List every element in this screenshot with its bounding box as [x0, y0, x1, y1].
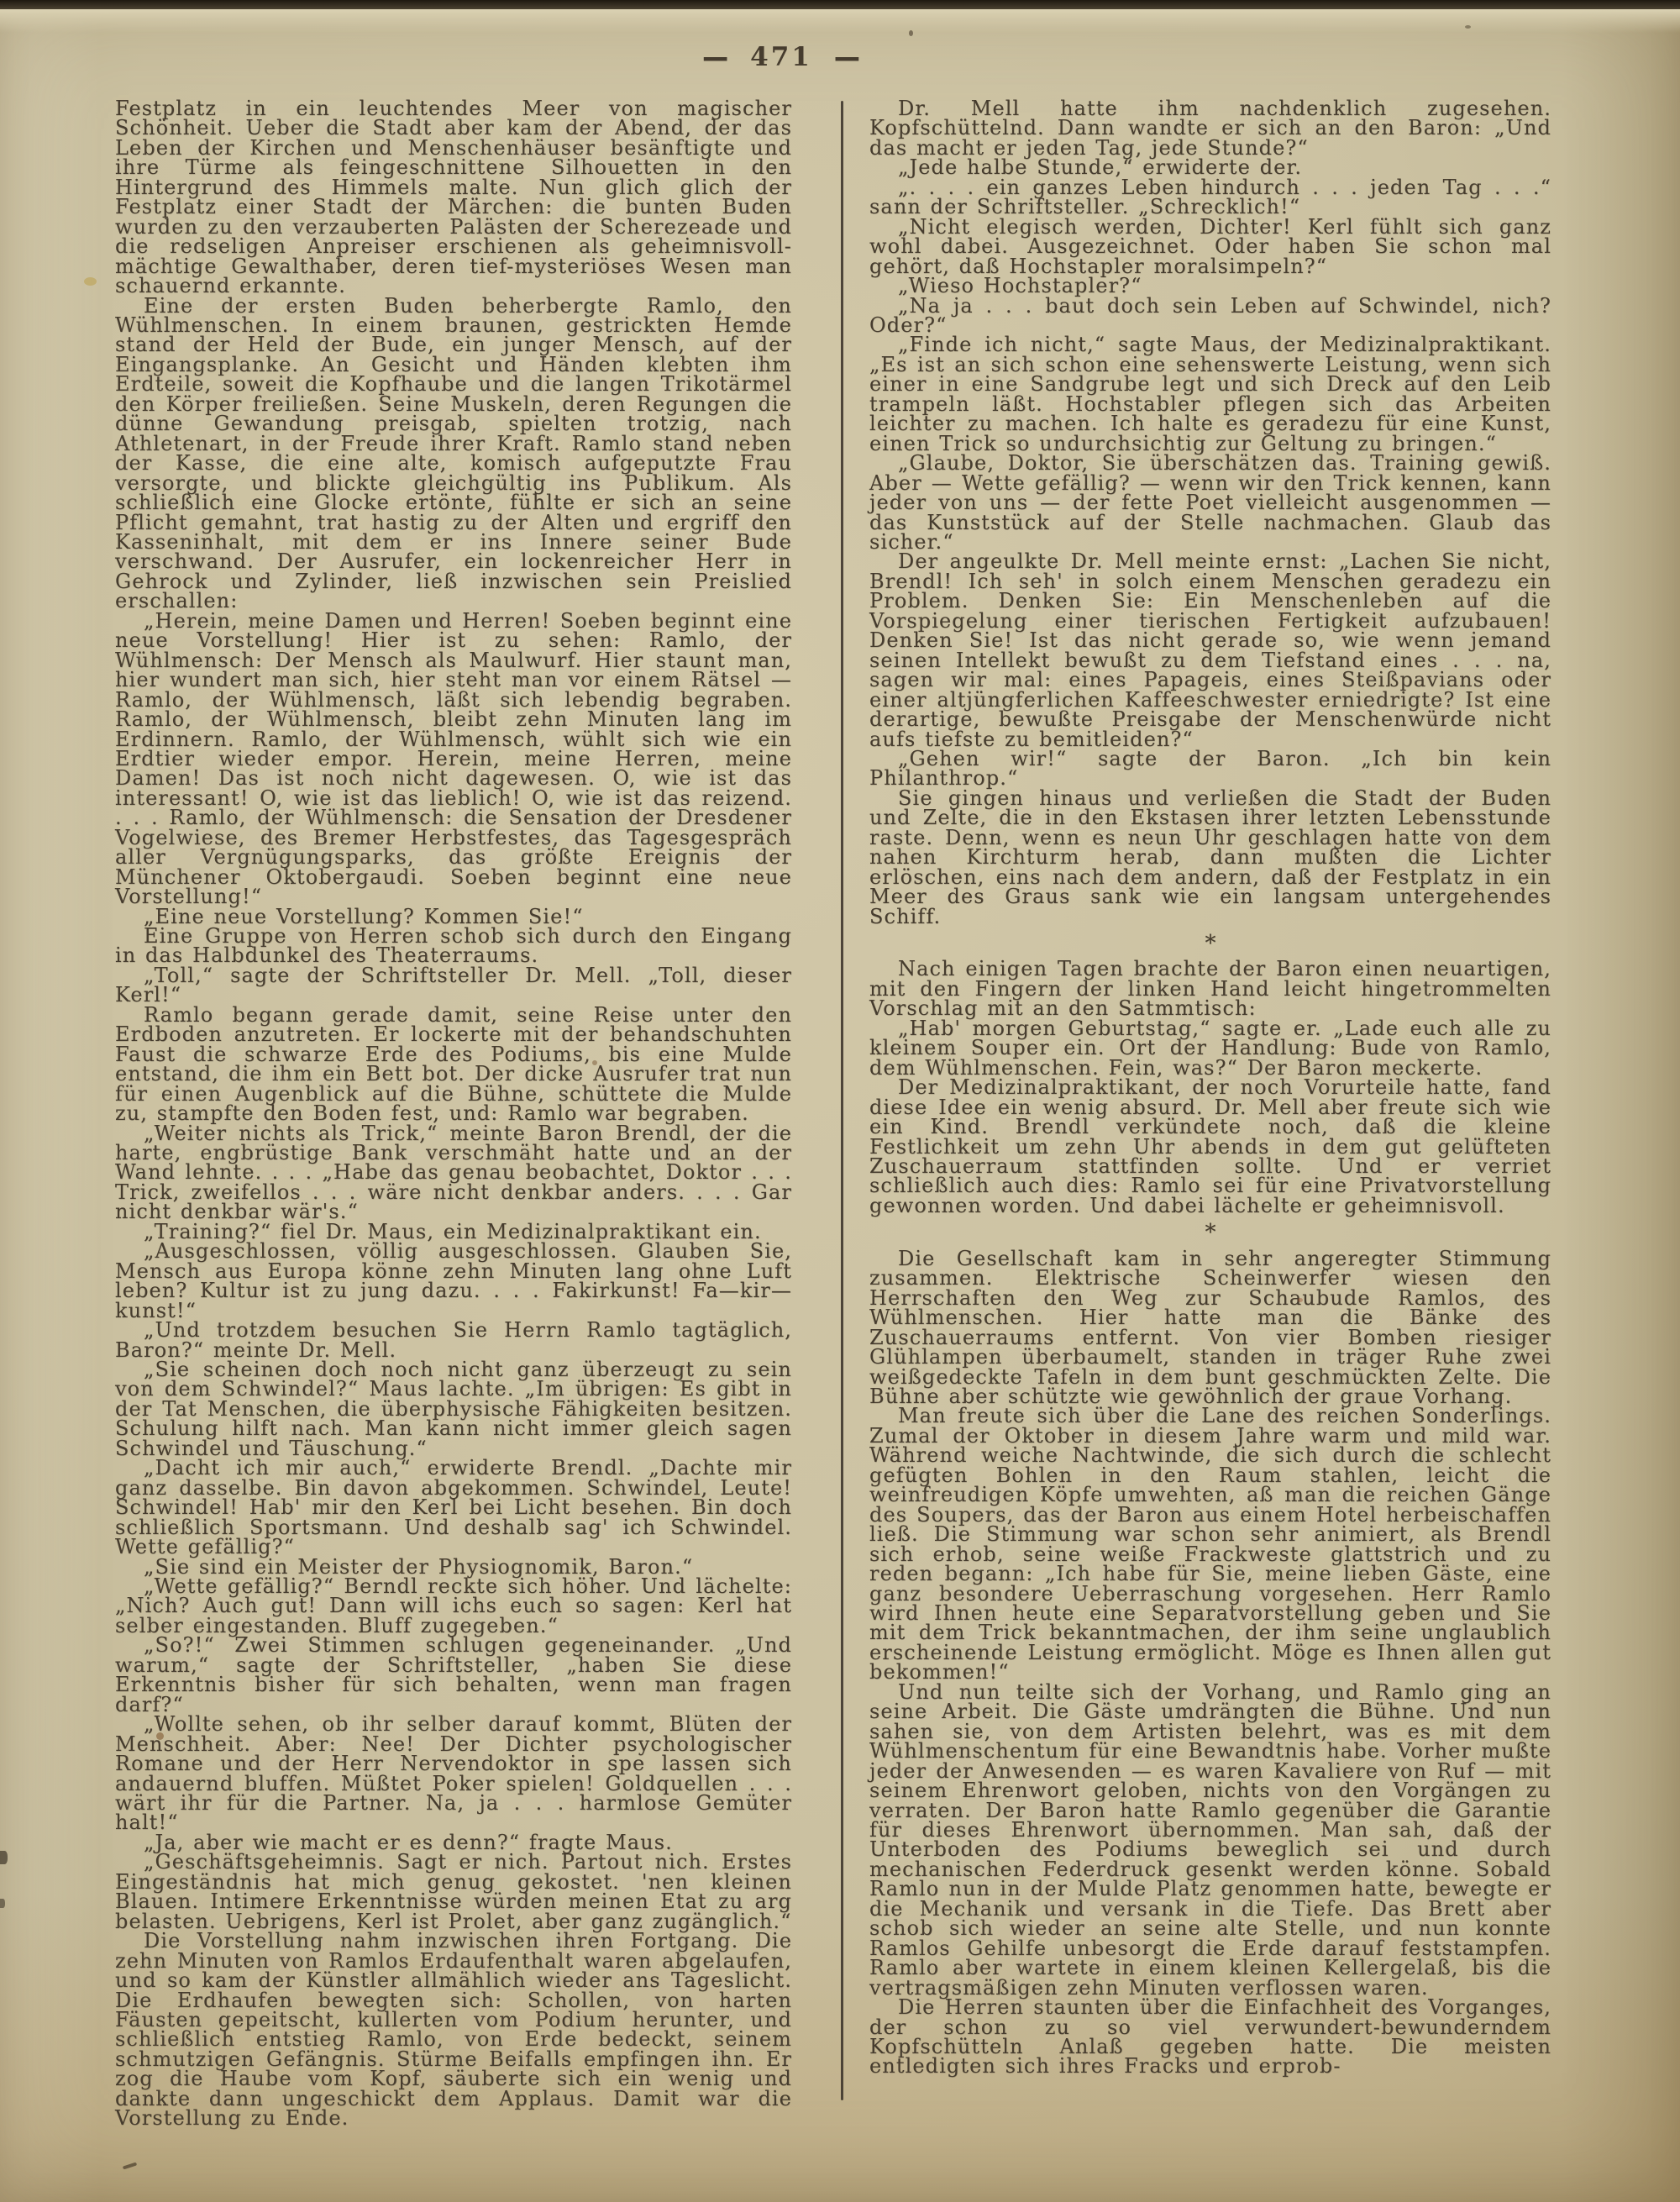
paragraph: „Hab' morgen Geburtstag,“ sagte er. „Lad…: [869, 1019, 1551, 1078]
paragraph: „Gehen wir!“ sagte der Baron. „Ich bin k…: [869, 749, 1551, 789]
paragraph: Sie gingen hinaus und verließen die Stad…: [869, 789, 1551, 927]
paragraph: „Weiter nichts als Trick,“ meinte Baron …: [115, 1124, 792, 1222]
paragraph: Festplatz in ein leuchtendes Meer von ma…: [115, 99, 792, 297]
paragraph: „Wette gefällig?“ Berndl reckte sich höh…: [115, 1577, 792, 1636]
paper-stain: [84, 277, 97, 286]
paragraph: „Nicht elegisch werden, Dichter! Kerl fü…: [869, 218, 1551, 276]
paragraph: „Und trotzdem besuchen Sie Herrn Ramlo t…: [115, 1321, 792, 1360]
page-header: —471—: [588, 42, 974, 72]
paragraph: „Toll,“ sagte der Schriftsteller Dr. Mel…: [115, 966, 792, 1006]
paragraph: Nach einigen Tagen brachte der Baron ein…: [869, 959, 1551, 1018]
page-number: 471: [750, 42, 812, 72]
paragraph: „Wieso Hochstapler?“: [869, 276, 1551, 296]
left-column-text: Festplatz in ein leuchtendes Meer von ma…: [115, 99, 792, 2129]
paragraph: „Wollte sehen, ob ihr selber darauf komm…: [115, 1715, 792, 1833]
paragraph: „Dacht ich mir auch,“ erwiderte Brendl. …: [115, 1458, 792, 1557]
paragraph: „Herein, meine Damen und Herren! Soeben …: [115, 612, 792, 907]
header-dash-right: —: [834, 39, 860, 76]
paper-stain: [123, 2162, 137, 2169]
paragraph: Der angeulkte Dr. Mell meinte ernst: „La…: [869, 552, 1551, 749]
paragraph: „Na ja . . . baut doch sein Leben auf Sc…: [869, 297, 1551, 336]
paragraph: Die Vorstellung nahm inzwischen ihren Fo…: [115, 1931, 792, 2129]
top-edge-shadow: [0, 0, 1680, 9]
paragraph: Und nun teilte sich der Vorhang, und Ram…: [869, 1683, 1551, 1998]
paragraph: Eine der ersten Buden beherbergte Ramlo,…: [115, 297, 792, 612]
paragraph: Die Gesellschaft kam in sehr angeregter …: [869, 1249, 1551, 1407]
section-separator: *: [869, 1216, 1551, 1248]
column-divider: [841, 101, 843, 2100]
paragraph: Ramlo begann gerade damit, seine Reise u…: [115, 1006, 792, 1124]
paragraph: „Ausgeschlossen, völlig ausgeschlossen. …: [115, 1242, 792, 1321]
paragraph: „. . . . ein ganzes Leben hindurch . . .…: [869, 178, 1551, 218]
header-dash-left: —: [702, 39, 728, 76]
paragraph: „So?!“ Zwei Stimmen schlugen gegeneinand…: [115, 1636, 792, 1715]
paper-stain: [0, 1899, 5, 1908]
top-edge-highlight: [0, 9, 1680, 33]
paragraph: „Sie scheinen doch noch nicht ganz überz…: [115, 1360, 792, 1458]
right-column-text: Dr. Mell hatte ihm nachdenklich zugesehe…: [869, 99, 1551, 2077]
paragraph: Eine Gruppe von Herren schob sich durch …: [115, 927, 792, 966]
paragraph: Die Herren staunten über die Einfachheit…: [869, 1998, 1551, 2077]
paragraph: Dr. Mell hatte ihm nachdenklich zugesehe…: [869, 99, 1551, 158]
paper-stain: [0, 1851, 8, 1864]
paragraph: „Geschäftsgeheimnis. Sagt er nich. Parto…: [115, 1853, 792, 1931]
scanned-page: —471— Festplatz in ein leuchtendes Meer …: [0, 0, 1680, 2202]
paragraph: Der Medizinalpraktikant, der noch Vorurt…: [869, 1078, 1551, 1216]
paragraph: „Finde ich nicht,“ sagte Maus, der Mediz…: [869, 335, 1551, 454]
paragraph: Man freute sich über die Lane des reiche…: [869, 1406, 1551, 1682]
section-separator: *: [869, 927, 1551, 959]
paragraph: „Glaube, Doktor, Sie überschätzen das. T…: [869, 454, 1551, 552]
